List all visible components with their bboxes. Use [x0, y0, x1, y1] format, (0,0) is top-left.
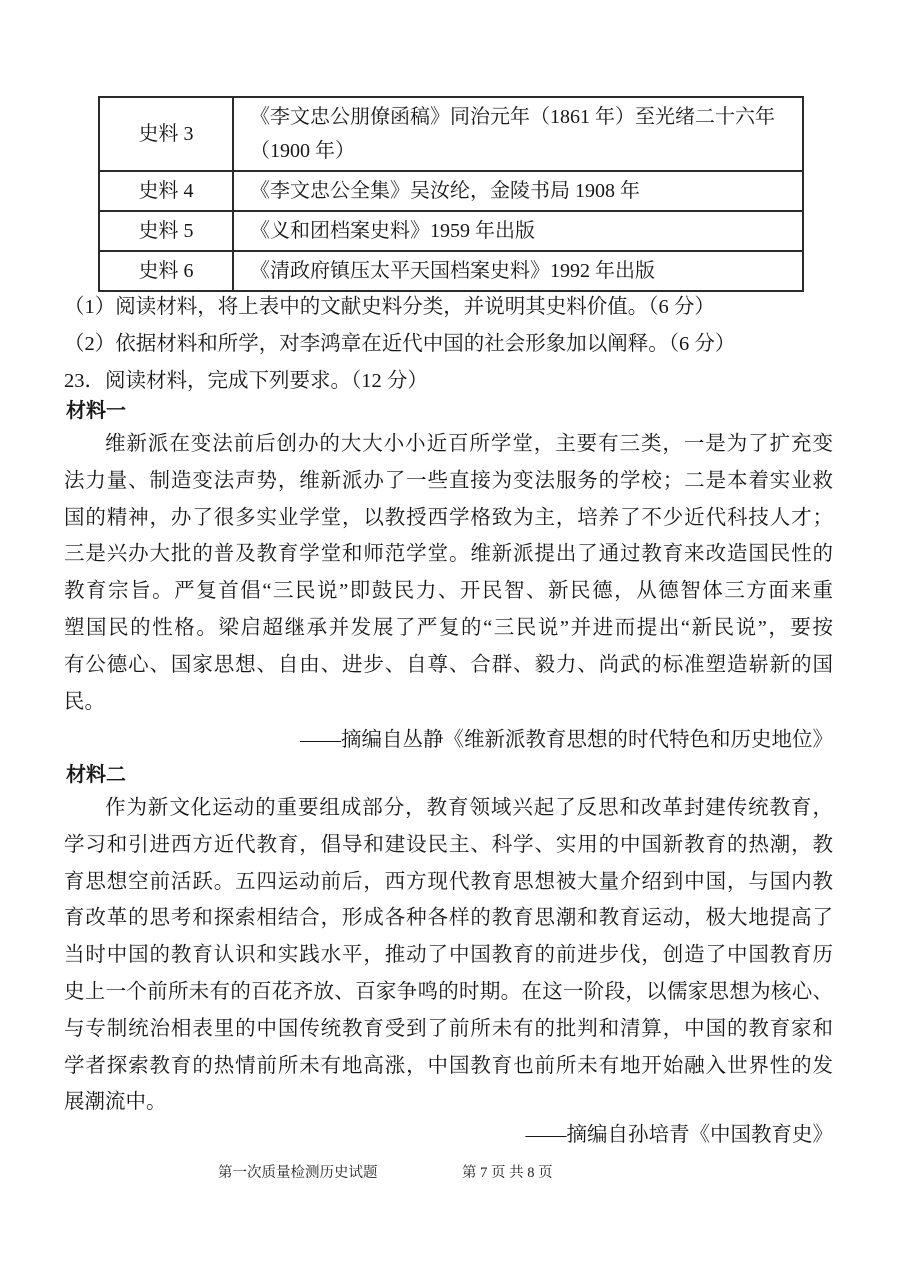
text-line: 学者探索教育的热情前所未有地高涨，中国教育也前所未有地开始融入世界性的发 — [64, 1048, 833, 1085]
text-line: 当时中国的教育认识和实践水平，推动了中国教育的前进步伐，创造了中国教育历 — [64, 937, 833, 974]
text-line: 与专制统治相表里的中国传统教育受到了前所未有的批判和清算，中国的教育家和 — [64, 1011, 833, 1048]
material-1-attribution: ——摘编自丛静《维新派教育思想的时代特色和历史地位》 — [64, 722, 833, 759]
text-line: 法力量、制造变法声势，维新派办了一些直接为变法服务的学校；二是本着实业救 — [64, 463, 833, 500]
text-line: 展潮流中。 — [64, 1084, 833, 1121]
table-row-label: 史料 6 — [99, 251, 233, 291]
question-line: （2）依据材料和所学，对李鸿章在近代中国的社会形象加以阐释。（6 分） — [64, 326, 854, 363]
material-1-paragraph: 维新派在变法前后创办的大大小小近百所学堂，主要有三类，一是为了扩充变法力量、制造… — [64, 426, 833, 720]
material-2-paragraph: 作为新文化运动的重要组成部分，教育领域兴起了反思和改革封建传统教育，学习和引进西… — [64, 790, 833, 1121]
sources-table: 史料 3 《李文忠公朋僚函稿》同治元年（1861 年）至光绪二十六年（1900 … — [98, 96, 804, 292]
question-line: 23．阅读材料，完成下列要求。（12 分） — [64, 363, 854, 400]
table-row-text: 《李文忠公朋僚函稿》同治元年（1861 年）至光绪二十六年（1900 年） — [233, 97, 803, 171]
table-row-label: 史料 3 — [99, 97, 233, 171]
text-line: 国的精神，办了很多实业学堂，以教授西学格致为主，培养了不少近代科技人才； — [64, 500, 833, 537]
material-1-heading: 材料一 — [66, 399, 126, 423]
material-2-heading: 材料二 — [66, 763, 126, 787]
text-line: 作为新文化运动的重要组成部分，教育领域兴起了反思和改革封建传统教育， — [64, 790, 833, 827]
text-line: 民。 — [64, 684, 833, 721]
table-row: 史料 5 《义和团档案史料》1959 年出版 — [99, 211, 803, 251]
text-line: 塑国民的性格。梁启超继承并发展了严复的“三民说”并进而提出“新民说”，要按 — [64, 610, 833, 647]
text-line: 维新派在变法前后创办的大大小小近百所学堂，主要有三类，一是为了扩充变 — [64, 426, 833, 463]
table-row: 史料 3 《李文忠公朋僚函稿》同治元年（1861 年）至光绪二十六年（1900 … — [99, 97, 803, 171]
text-line: 育思想空前活跃。五四运动前后，西方现代教育思想被大量介绍到中国，与国内教 — [64, 864, 833, 901]
table-row-label: 史料 4 — [99, 171, 233, 211]
exam-page: 史料 3 《李文忠公朋僚函稿》同治元年（1861 年）至光绪二十六年（1900 … — [0, 0, 900, 1271]
table-row-label: 史料 5 — [99, 211, 233, 251]
text-line: 史上一个前所未有的百花齐放、百家争鸣的时期。在这一阶段，以儒家思想为核心、 — [64, 974, 833, 1011]
footer-page-info: 第 7 页 共 8 页 — [462, 1163, 553, 1183]
table-row-text: 《清政府镇压太平天国档案史料》1992 年出版 — [233, 251, 803, 291]
text-line: 有公德心、国家思想、自由、进步、自尊、合群、毅力、尚武的标准塑造崭新的国 — [64, 647, 833, 684]
text-line: 教育宗旨。严复首倡“三民说”即鼓民力、开民智、新民德，从德智体三方面来重 — [64, 573, 833, 610]
table-row: 史料 4 《李文忠公全集》吴汝纶，金陵书局 1908 年 — [99, 171, 803, 211]
text-line: 育改革的思考和探索相结合，形成各种各样的教育思潮和教育运动，极大地提高了 — [64, 900, 833, 937]
footer-doc-title: 第一次质量检测历史试题 — [218, 1163, 378, 1183]
question-list: （1）阅读材料，将上表中的文献史料分类，并说明其史料价值。（6 分）（2）依据材… — [64, 289, 854, 400]
material-2-attribution: ——摘编自孙培青《中国教育史》 — [64, 1117, 833, 1154]
question-line: （1）阅读材料，将上表中的文献史料分类，并说明其史料价值。（6 分） — [64, 289, 854, 326]
table-row-text: 《义和团档案史料》1959 年出版 — [233, 211, 803, 251]
text-line: 学习和引进西方近代教育，倡导和建设民主、科学、实用的中国新教育的热潮，教 — [64, 827, 833, 864]
table-row: 史料 6 《清政府镇压太平天国档案史料》1992 年出版 — [99, 251, 803, 291]
text-line: 三是兴办大批的普及教育学堂和师范学堂。维新派提出了通过教育来改造国民性的 — [64, 536, 833, 573]
table-row-text: 《李文忠公全集》吴汝纶，金陵书局 1908 年 — [233, 171, 803, 211]
